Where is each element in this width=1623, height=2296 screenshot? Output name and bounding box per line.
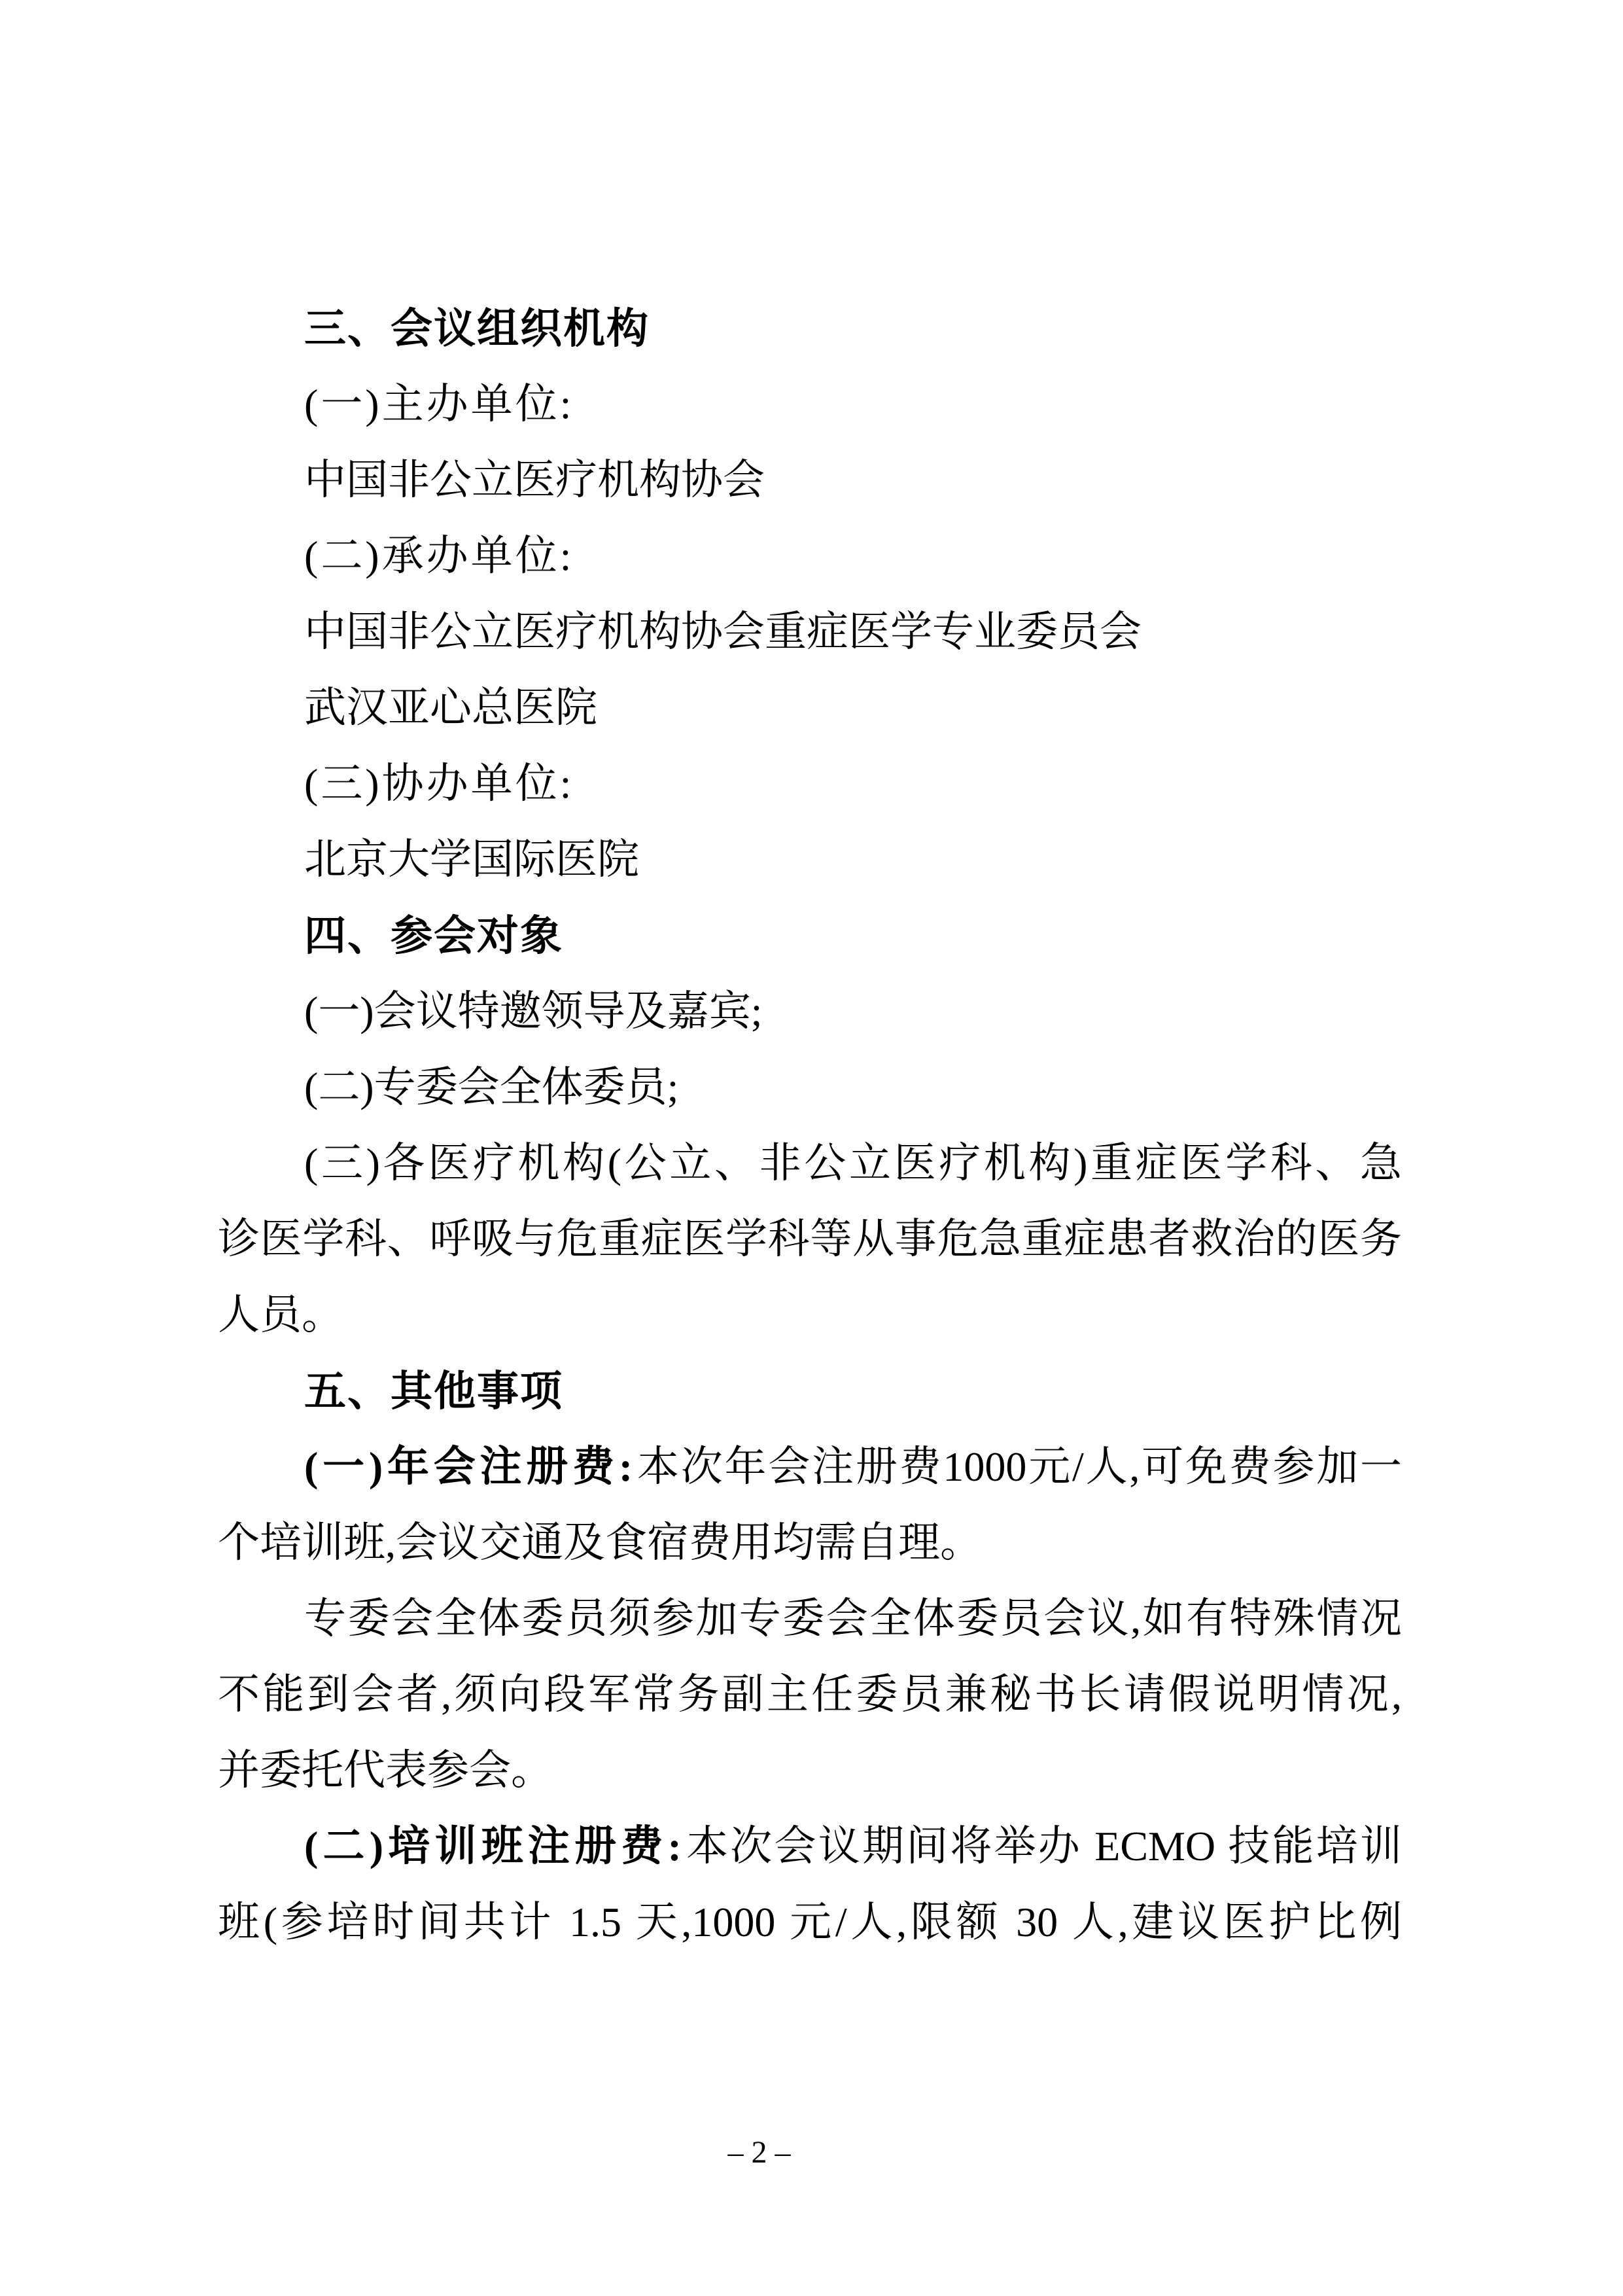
host-unit-label: (一)主办单位: (218, 366, 1402, 442)
committee-note-line-3: 并委托代表参会。 (218, 1733, 1402, 1809)
organizer-unit-value-1: 中国非公立医疗机构协会重症医学专业委员会 (218, 594, 1402, 670)
host-unit-value: 中国非公立医疗机构协会 (218, 442, 1402, 518)
training-fee-text: 本次会议期间将举办 ECMO 技能培训 (684, 1823, 1402, 1869)
co-organizer-unit-value: 北京大学国际医院 (218, 822, 1402, 898)
document-page: 三、会议组织机构 (一)主办单位: 中国非公立医疗机构协会 (二)承办单位: 中… (0, 0, 1623, 2296)
organizer-unit-label: (二)承办单位: (218, 518, 1402, 594)
attendees-item-1: (一)会议特邀领导及嘉宾; (218, 974, 1402, 1050)
committee-note-line-1: 专委会全体委员须参加专委会全体委员会议,如有特殊情况 (218, 1581, 1402, 1657)
page-number: – 2 – (0, 2134, 1518, 2170)
training-fee-line-2: 班(参培时间共计 1.5 天,1000 元/人,限额 30 人,建议医护比例 (218, 1884, 1402, 1960)
organizer-unit-value-2: 武汉亚心总医院 (218, 670, 1402, 746)
training-fee-label: (二)培训班注册费: (304, 1823, 684, 1869)
annual-fee-label: (一)年会注册费: (304, 1443, 635, 1490)
document-body: 三、会议组织机构 (一)主办单位: 中国非公立医疗机构协会 (二)承办单位: 中… (218, 291, 1402, 1960)
committee-note-line-2: 不能到会者,须向段军常务副主任委员兼秘书长请假说明情况, (218, 1657, 1402, 1733)
attendees-item-3-line-2: 诊医学科、呼吸与危重症医学科等从事危急重症患者救治的医务 (218, 1201, 1402, 1277)
annual-fee-line-1: (一)年会注册费:本次年会注册费1000元/人,可免费参加一 (218, 1429, 1402, 1505)
section3-heading: 三、会议组织机构 (218, 291, 1402, 366)
co-organizer-unit-label: (三)协办单位: (218, 746, 1402, 822)
annual-fee-text: 本次年会注册费1000元/人,可免费参加一 (635, 1443, 1402, 1490)
attendees-item-3-line-3: 人员。 (218, 1277, 1402, 1353)
section4-heading: 四、参会对象 (218, 898, 1402, 974)
attendees-item-2: (二)专委会全体委员; (218, 1050, 1402, 1125)
annual-fee-line-2: 个培训班,会议交通及食宿费用均需自理。 (218, 1505, 1402, 1581)
attendees-item-3-line-1: (三)各医疗机构(公立、非公立医疗机构)重症医学科、急 (218, 1125, 1402, 1201)
training-fee-line-1: (二)培训班注册费:本次会议期间将举办 ECMO 技能培训 (218, 1809, 1402, 1884)
section5-heading: 五、其他事项 (218, 1353, 1402, 1429)
